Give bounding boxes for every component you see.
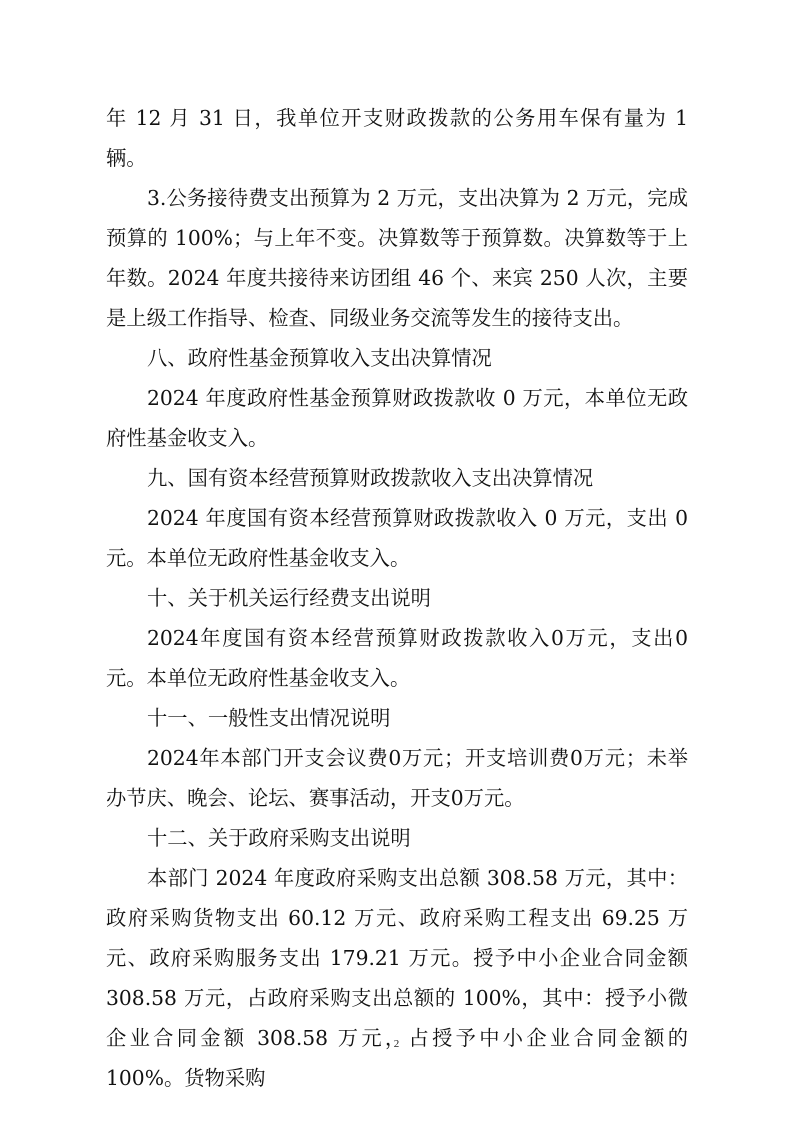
section-heading-10: 十、关于机关运行经费支出说明 [106,578,688,618]
paragraph-operating-expense: 2024年度国有资本经营预算财政拨款收入0万元，支出0元。本单位无政府性基金收支… [106,618,688,698]
section-heading-9: 九、国有资本经营预算财政拨款收入支出决算情况 [106,458,688,498]
paragraph-vehicle-count: 年 12 月 31 日，我单位开支财政拨款的公务用车保有量为 1 辆。 [106,98,688,178]
page-number: 2 [0,1038,793,1050]
paragraph-state-capital: 2024 年度国有资本经营预算财政拨款收入 0 万元，支出 0 元。本单位无政府… [106,498,688,578]
document-page: 年 12 月 31 日，我单位开支财政拨款的公务用车保有量为 1 辆。 3.公务… [106,98,688,1098]
paragraph-reception-expense: 3.公务接待费支出预算为 2 万元，支出决算为 2 万元，完成预算的 100%；… [106,178,688,338]
section-heading-8: 八、政府性基金预算收入支出决算情况 [106,338,688,378]
paragraph-gov-fund: 2024 年度政府性基金预算财政拨款收 0 万元，本单位无政府性基金收支入。 [106,378,688,458]
section-heading-12: 十二、关于政府采购支出说明 [106,818,688,858]
paragraph-general-expense: 2024年本部门开支会议费0万元；开支培训费0万元；未举办节庆、晚会、论坛、赛事… [106,738,688,818]
paragraph-procurement: 本部门 2024 年度政府采购支出总额 308.58 万元，其中：政府采购货物支… [106,858,688,1098]
section-heading-11: 十一、一般性支出情况说明 [106,698,688,738]
